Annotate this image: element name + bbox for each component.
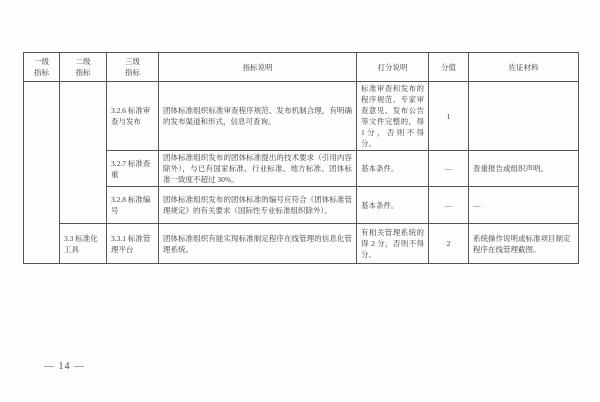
cell-description: 团体标准组织发布的团体标准的编号应符合《团体标准管理规定》的有关要求（国际性专业… xyxy=(159,187,357,224)
cell-score: 2 xyxy=(429,224,469,264)
cell-scoring: 有相关管理系统的得 2 分，否则不得分。 xyxy=(357,224,429,264)
cell-scoring: 基本条件。 xyxy=(357,151,429,187)
page-number: — 14 — xyxy=(44,361,85,372)
cell-evidence: 查重报告或组织声明。 xyxy=(469,151,579,187)
cell-level3: 3.2.8 标准编号 xyxy=(107,187,159,224)
header-indicator-description: 指标说明 xyxy=(159,53,357,82)
cell-level2-merged xyxy=(60,82,107,224)
cell-scoring: 标准审查和发布的程序规范、专家审查意见、发布公告等文件完整的，得1分，否则不得分… xyxy=(357,82,429,151)
cell-description: 团体标准组织有能实现标准制定程序在线管理的信息化管理系统。 xyxy=(159,224,357,264)
cell-level2: 3.3 标准化工具 xyxy=(60,224,107,264)
header-supporting-material: 佐证材料 xyxy=(469,53,579,82)
cell-description: 团体标准组织发布的团体标准提出的技术要求（引用内容除外），与已有国家标准、行业标… xyxy=(159,151,357,187)
header-level3-indicator: 三级 指标 xyxy=(107,53,159,82)
header-scoring-description: 打分说明 xyxy=(357,53,429,82)
cell-score: — xyxy=(429,151,469,187)
header-score-value: 分值 xyxy=(429,53,469,82)
cell-evidence: 系统操作说明或标准项目制定程序在线管理截图。 xyxy=(469,224,579,264)
header-level2-indicator: 二级 指标 xyxy=(60,53,107,82)
cell-evidence: — xyxy=(469,187,579,224)
cell-level3: 3.3.1 标准管理平台 xyxy=(107,224,159,264)
document-page: 一级 指标 二级 指标 三级 指标 指标说明 打分说明 分值 佐证材料 3.2.… xyxy=(0,0,600,402)
table-row: 3.3 标准化工具 3.3.1 标准管理平台 团体标准组织有能实现标准制定程序在… xyxy=(24,224,579,264)
indicator-table: 一级 指标 二级 指标 三级 指标 指标说明 打分说明 分值 佐证材料 3.2.… xyxy=(23,52,579,264)
cell-level3: 3.2.7 标准查重 xyxy=(107,151,159,187)
cell-description: 团体标准组织标准审查程序规范、发布机制合理，有明确的发布渠道和形式，信息可查询。 xyxy=(159,82,357,151)
table-row: 3.2.8 标准编号 团体标准组织发布的团体标准的编号应符合《团体标准管理规定》… xyxy=(24,187,579,224)
header-level1-indicator: 一级 指标 xyxy=(24,53,60,82)
cell-score: — xyxy=(429,187,469,224)
cell-scoring: 基本条件。 xyxy=(357,187,429,224)
table-row: 3.2.7 标准查重 团体标准组织发布的团体标准提出的技术要求（引用内容除外），… xyxy=(24,151,579,187)
cell-level1-merged xyxy=(24,82,60,264)
cell-evidence xyxy=(469,82,579,151)
cell-score: 1 xyxy=(429,82,469,151)
cell-level3: 3.2.6 标准审查与发布 xyxy=(107,82,159,151)
table-header-row: 一级 指标 二级 指标 三级 指标 指标说明 打分说明 分值 佐证材料 xyxy=(24,53,579,82)
table-row: 3.2.6 标准审查与发布 团体标准组织标准审查程序规范、发布机制合理，有明确的… xyxy=(24,82,579,151)
